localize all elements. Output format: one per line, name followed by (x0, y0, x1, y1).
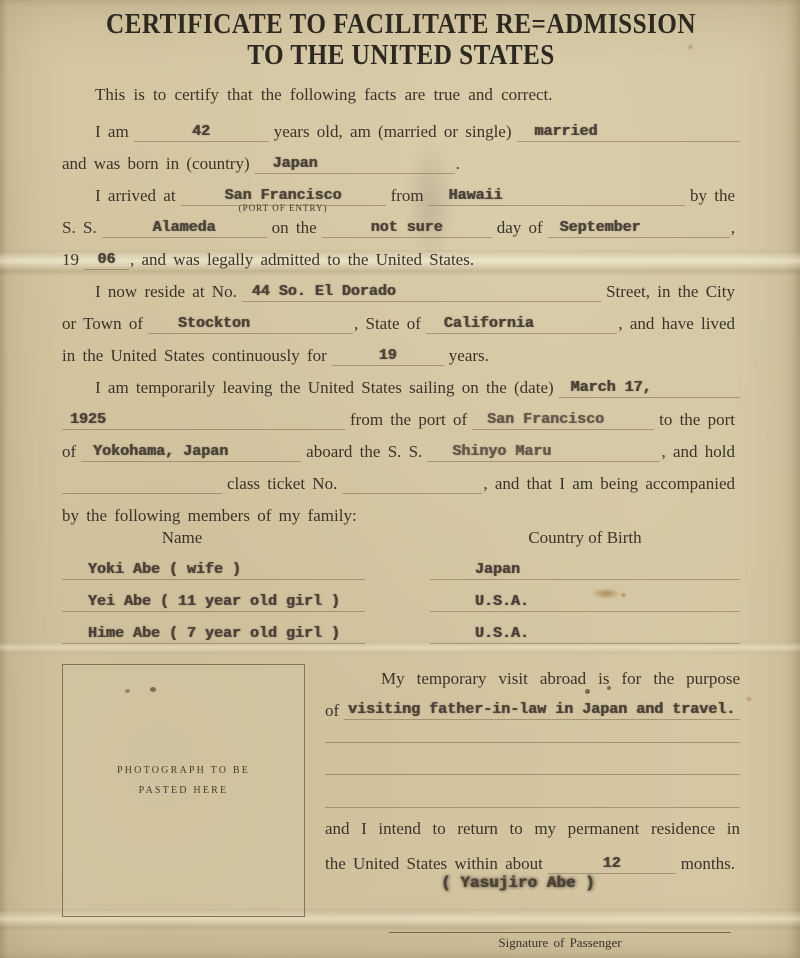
label-have-lived: , and have lived (617, 314, 740, 334)
photo-label-line-2: PASTED HERE (63, 781, 304, 801)
ticket-class-blank (62, 473, 222, 494)
label-reside: I now reside at No. (95, 282, 242, 302)
port-of-entry-value: San Francisco (181, 187, 386, 204)
label-year-19: 19 (62, 250, 84, 270)
label-ss: S. S. (62, 218, 102, 238)
return-months-blank: 12 (548, 853, 676, 874)
arrival-day-value: not sure (322, 219, 492, 236)
family-table-headers: Name Country of Birth (62, 526, 740, 548)
age-value: 42 (134, 123, 269, 140)
label-purpose-of: of (325, 702, 344, 720)
label-admitted: , and was legally admitted to the United… (129, 250, 479, 270)
departure-port-blank: San Francisco (472, 409, 654, 430)
return-months-value: 12 (548, 855, 676, 872)
state-value: California (444, 315, 534, 332)
age-marital-line: I am 42 years old, am (married or single… (62, 110, 740, 142)
birth-country-value: Japan (273, 155, 318, 172)
purpose-blank: visiting father-in-law in Japan and trav… (344, 701, 740, 720)
label-state-of: , State of (353, 314, 426, 334)
stain (746, 696, 752, 702)
label-months: months. (676, 854, 740, 874)
port-of-entry-caption: (PORT OF ENTRY) (181, 203, 386, 213)
label-arrived-at: I arrived at (95, 186, 181, 206)
label-period: . (455, 154, 465, 174)
arrival-year-blank: 06 (84, 249, 129, 270)
label-leaving: I am temporarily leaving the United Stat… (95, 378, 559, 398)
street-number-value: 44 So. El Dorado (252, 283, 396, 300)
city-blank: Stockton (148, 313, 353, 334)
sailing-year-blank: 1925 (62, 409, 345, 430)
typed-name-line: ( Yasujiro Abe ) (325, 874, 740, 896)
purpose-column: My temporary visit abroad is for the pur… (325, 664, 740, 951)
label-of: of (62, 442, 81, 462)
signature-caption: Signature of Passenger (389, 935, 731, 951)
photo-label-line-1: PHOTOGRAPH TO BE (63, 761, 304, 781)
ticket-line: class ticket No. , and that I am being a… (62, 462, 740, 494)
state-blank: California (426, 313, 617, 334)
residence-line: I now reside at No. 44 So. El Dorado Str… (62, 270, 740, 302)
family-row: Hime Abe ( 7 year old girl ) U.S.A. (62, 612, 740, 644)
ruled-line (325, 775, 740, 808)
street-number-blank: 44 So. El Dorado (242, 281, 601, 302)
family-name-value: Hime Abe ( 7 year old girl ) (88, 625, 340, 642)
purpose-line: of visiting father-in-law in Japan and t… (325, 694, 740, 720)
arrival-ship-blank: Alameda (102, 217, 267, 238)
label-day-of: day of (492, 218, 548, 238)
label-and-hold: , and hold (660, 442, 740, 462)
destination-port-blank: Yokohama, Japan (81, 441, 301, 462)
arrived-from-blank: Hawaii (429, 185, 685, 206)
birth-country-line: and was born in (country) Japan . (62, 142, 740, 174)
passenger-typed-name: ( Yasujiro Abe ) (441, 874, 595, 892)
years-in-us-value: 19 (332, 347, 444, 364)
arrival-ship-line: S. S. Alameda on the not sure day of Sep… (62, 206, 740, 238)
label-family-intro: by the following members of my family: (62, 506, 362, 526)
arrival-month-value: September (560, 219, 641, 236)
label-from: from (386, 186, 429, 206)
family-name-blank: Hime Abe ( 7 year old girl ) (62, 623, 365, 644)
label-class-ticket: class ticket No. (222, 474, 342, 494)
title-line-2: TO THE UNITED STATES (96, 40, 706, 72)
arrival-day-blank: not sure (322, 217, 492, 238)
family-intro-line: by the following members of my family: (62, 494, 740, 526)
city-value: Stockton (178, 315, 250, 332)
ticket-number-blank (342, 473, 482, 494)
destination-port-value: Yokohama, Japan (93, 443, 228, 460)
label-by-the: by the (685, 186, 740, 206)
marital-status-value: married (535, 123, 598, 140)
intend-return-text: and I intend to return to my permanent r… (325, 814, 740, 844)
document-content: CERTIFICATE TO FACILITATE RE=ADMISSION T… (62, 0, 740, 958)
birth-country-blank: Japan (255, 153, 455, 174)
form-body: I am 42 years old, am (married or single… (62, 110, 740, 644)
departure-ship-value: Shinyo Maru (452, 443, 551, 460)
country-column-header: Country of Birth (430, 528, 740, 548)
sailing-date-line: I am temporarily leaving the United Stat… (62, 366, 740, 398)
sailing-date-value: March 17, (571, 379, 652, 396)
ruled-line (325, 743, 740, 775)
label-or-town: or Town of (62, 314, 148, 334)
label-from-port: from the port of (345, 410, 472, 430)
family-country-value: U.S.A. (475, 625, 529, 642)
label-within-about: the United States within about (325, 854, 548, 874)
family-country-value: U.S.A. (475, 593, 529, 610)
departure-port-value: San Francisco (487, 411, 604, 428)
label-comma: , (730, 218, 740, 238)
arrival-line: I arrived at San Francisco (PORT OF ENTR… (62, 174, 740, 206)
family-country-value: Japan (475, 561, 520, 578)
document-title: CERTIFICATE TO FACILITATE RE=ADMISSION T… (62, 0, 740, 72)
family-row: Yoki Abe ( wife ) Japan (62, 548, 740, 580)
photo-placeholder-label: PHOTOGRAPH TO BE PASTED HERE (63, 761, 304, 801)
family-name-blank: Yoki Abe ( wife ) (62, 559, 365, 580)
label-born-country: and was born in (country) (62, 154, 255, 174)
family-country-blank: Japan (430, 559, 740, 580)
town-state-line: or Town of Stockton , State of Californi… (62, 302, 740, 334)
purpose-lead-text: My temporary visit abroad is for the pur… (325, 664, 740, 694)
family-country-blank: U.S.A. (430, 591, 740, 612)
arrival-month-blank: September (548, 217, 730, 238)
ruled-line (325, 720, 740, 743)
label-on-the: on the (267, 218, 322, 238)
label-accompanied: , and that I am being accompanied (482, 474, 740, 494)
label-i-am: I am (95, 122, 134, 142)
family-name-value: Yei Abe ( 11 year old girl ) (88, 593, 340, 610)
label-to-port: to the port (654, 410, 740, 430)
name-column-header: Name (62, 528, 302, 548)
bottom-section: PHOTOGRAPH TO BE PASTED HERE My temporar… (62, 664, 740, 958)
arrival-year-line: 19 06 , and was legally admitted to the … (62, 238, 740, 270)
years-in-us-blank: 19 (332, 345, 444, 366)
marital-blank: married (517, 121, 741, 142)
sailing-date-blank: March 17, (559, 377, 740, 398)
certificate-document: CERTIFICATE TO FACILITATE RE=ADMISSION T… (0, 0, 800, 958)
certify-statement: This is to certify that the following fa… (95, 86, 740, 104)
label-aboard: aboard the S. S. (301, 442, 427, 462)
years-in-us-line: in the United States continuously for 19… (62, 334, 740, 366)
departure-ship-blank: Shinyo Maru (427, 441, 660, 462)
destination-line: of Yokohama, Japan aboard the S. S. Shin… (62, 430, 740, 462)
label-street-city: Street, in the City (601, 282, 740, 302)
sailing-year-value: 1925 (70, 411, 106, 428)
title-line-1: CERTIFICATE TO FACILITATE RE=ADMISSION (96, 10, 706, 40)
age-blank: 42 (134, 121, 269, 142)
family-row: Yei Abe ( 11 year old girl ) U.S.A. (62, 580, 740, 612)
port-of-entry-blank: San Francisco (PORT OF ENTRY) (181, 185, 386, 206)
arrived-from-value: Hawaii (449, 187, 503, 204)
family-name-blank: Yei Abe ( 11 year old girl ) (62, 591, 365, 612)
label-years-old: years old, am (married or single) (269, 122, 517, 142)
signature-block: Signature of Passenger (389, 932, 731, 951)
photo-placeholder-box: PHOTOGRAPH TO BE PASTED HERE (62, 664, 305, 917)
purpose-value: visiting father-in-law in Japan and trav… (348, 701, 735, 718)
signature-line (389, 932, 731, 933)
family-name-value: Yoki Abe ( wife ) (88, 561, 241, 578)
arrival-year-value: 06 (84, 251, 129, 268)
arrival-ship-value: Alameda (102, 219, 267, 236)
label-years-period: years. (444, 346, 494, 366)
sailing-year-line: 1925 from the port of San Francisco to t… (62, 398, 740, 430)
return-months-line: the United States within about 12 months… (325, 844, 740, 874)
family-country-blank: U.S.A. (430, 623, 740, 644)
label-continuously: in the United States continuously for (62, 346, 332, 366)
